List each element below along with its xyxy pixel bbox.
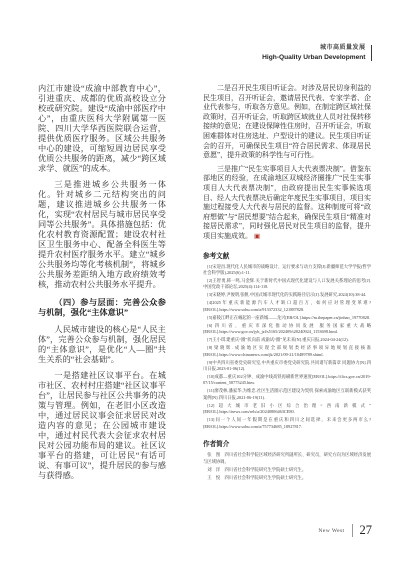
author-bio-item: 张 图 四川省社会科学院区域经济研究所副所长、研究员，研究方向为区域经济发展与区… [203, 452, 371, 465]
reference-item: [8]梁晓辉.成渝地区实现全部规划类经济事项异地规划直接核准[EB/OL].ht… [203, 345, 371, 358]
article-end-icon: ▣ [254, 232, 260, 240]
paragraph: 一是搭建社区议事平台。在城市社区、农村村庄搭建“社区议事平台”，让居民参与社区公… [38, 371, 166, 481]
author-bio-item: 王 悦 四川省社会科学院研究生学院硕士研究生。 [203, 475, 371, 482]
references-list: [1]宋迎昌.现代化人民城市的战略设计、运行要求与动力支撑[J].新疆师范大学学… [203, 264, 371, 430]
reference-item: [13]问一个人间一年假期是在重庆和四川之间选择，未来会更多两市么?[EB/OL… [203, 417, 371, 430]
column-title-chinese: 城市高质量发展 [262, 44, 365, 53]
reference-item: [7]王小琪.建重庆“圈”状向前 成渝试“圈”见未来[N].重庆日报,2024-… [203, 337, 371, 343]
page-header: 城市高质量发展 High-Quality Urban Development [262, 44, 372, 62]
references-heading: 参考文献 [203, 250, 371, 260]
column-title: 城市高质量发展 High-Quality Urban Development [262, 44, 365, 62]
reference-item: [12]超大城市老旧小区综合治理“西南新模式”[EB/OL].https://n… [203, 403, 371, 416]
left-column: 内江市建设“成渝中部教育中心”，引进重庆、成都的优质高校设立分校或研究院。建设“… [38, 84, 166, 487]
reference-item: [2]王智勇,韩一鸣,马金辉.关于新时代中国式现代化建设与人口发展关系理论的思考… [203, 278, 371, 291]
reference-item: [5]嘉陵江畔正在崛起的一座新城——龙兴[EB/OL].https://m.th… [203, 315, 371, 321]
journal-page: 城市高质量发展 High-Quality Urban Development 内… [0, 0, 402, 564]
paragraph: （四）参与层面：完善公众参与机制，强化“主体意识” [38, 298, 166, 318]
author-bio-list: 张 图 四川省社会科学院区域经济研究所副所长、研究员，研究方向为区域经济发展与区… [203, 452, 371, 481]
reference-item: [9]中共四川省委党史研究室,中共重庆市委党史研究院.共同谱写新篇章 同题协力[… [203, 360, 371, 373]
reference-item: [4]2025年重庆新能源汽车人才缺口超百万，如何应对管理变革难?[EB/OL]… [203, 300, 371, 313]
paragraph: 三是推进城乡公共服务一体化。针对城乡二元结构突出的问题，建议推进城乡公共服务一体… [38, 180, 166, 290]
reference-item: [11]廖茂林,潘家华,为维忠.社区生活圈示范区建设为契机 探索成渝地区互联新模… [203, 388, 371, 401]
journal-name: New West [318, 528, 344, 534]
reference-item: [10]成都—重庆102分钟、成渝中线高铁再刷新世界速度[EB/OL].http… [203, 374, 371, 387]
reference-item: [1]宋迎昌.现代化人民城市的战略设计、运行要求与动力支撑[J].新疆师范大学学… [203, 264, 371, 277]
author-bio-heading: 作者简介 [203, 438, 371, 448]
page-number: 27 [360, 523, 373, 538]
paragraph: 人民城市建设的核心是“人民主体”，完善公众参与机制，强化居民的“主体意识”，是优… [38, 325, 166, 365]
article-body: 内江市建设“成渝中部教育中心”，引进重庆、成都的优质高校设立分校或研究院。建设“… [38, 84, 371, 487]
reference-item: [3]宋晓婷,尹俊明,张帆.中国式城市现代化的实践路径启示[J].发展研究,20… [203, 292, 371, 298]
reference-item: [6]四川省、重庆市深化推动协同发展 服务国家重大战略[EB/OL].https… [203, 323, 371, 336]
page-footer: New West 27 [318, 523, 372, 538]
header-divider-bar [371, 45, 373, 61]
column-title-english: High-Quality Urban Development [262, 53, 365, 63]
paragraph: 二是召开民生项目听证会。对涉及居民切身利益的民生项目，召开听证会，邀请居民代表、… [203, 84, 371, 161]
right-column-paragraphs: 二是召开民生项目听证会。对涉及居民切身利益的民生项目，召开听证会，邀请居民代表、… [203, 84, 371, 242]
paragraph: 三是推广“民生实事项目人大代表票决制”。借鉴东部地区的经验，在成渝地区双城经济圈… [203, 165, 371, 242]
paragraph: 内江市建设“成渝中部教育中心”，引进重庆、成都的优质高校设立分校或研究院。建设“… [38, 84, 166, 174]
right-column: 二是召开民生项目听证会。对涉及居民切身利益的民生项目，召开听证会，邀请居民代表、… [203, 84, 371, 487]
footer-divider-bar [352, 524, 353, 537]
author-bio-item: 刘 洋 四川省社会科学院研究生学院硕士研究生。 [203, 467, 371, 474]
